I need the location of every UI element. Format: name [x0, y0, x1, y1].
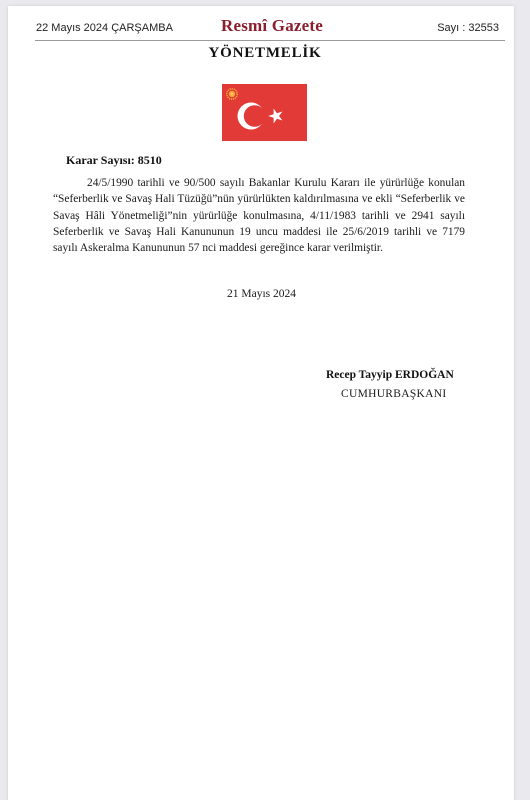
gazette-title: Resmî Gazete — [221, 16, 323, 36]
issue-number: Sayı : 32553 — [437, 22, 499, 34]
section-title: YÖNETMELİK — [0, 45, 530, 62]
signer-title: CUMHURBAŞKANI — [341, 388, 447, 400]
header-date: 22 Mayıs 2024 ÇARŞAMBA — [36, 22, 173, 34]
signer-name: Recep Tayyip ERDOĞAN — [326, 369, 454, 381]
turkish-presidential-flag-icon — [222, 84, 307, 141]
decision-number: Karar Sayısı: 8510 — [66, 153, 162, 168]
page-header: 22 Mayıs 2024 ÇARŞAMBA Resmî Gazete Sayı… — [35, 14, 505, 41]
decision-body: 24/5/1990 tarihli ve 90/500 sayılı Bakan… — [53, 175, 465, 256]
decision-date: 21 Mayıs 2024 — [227, 288, 296, 300]
